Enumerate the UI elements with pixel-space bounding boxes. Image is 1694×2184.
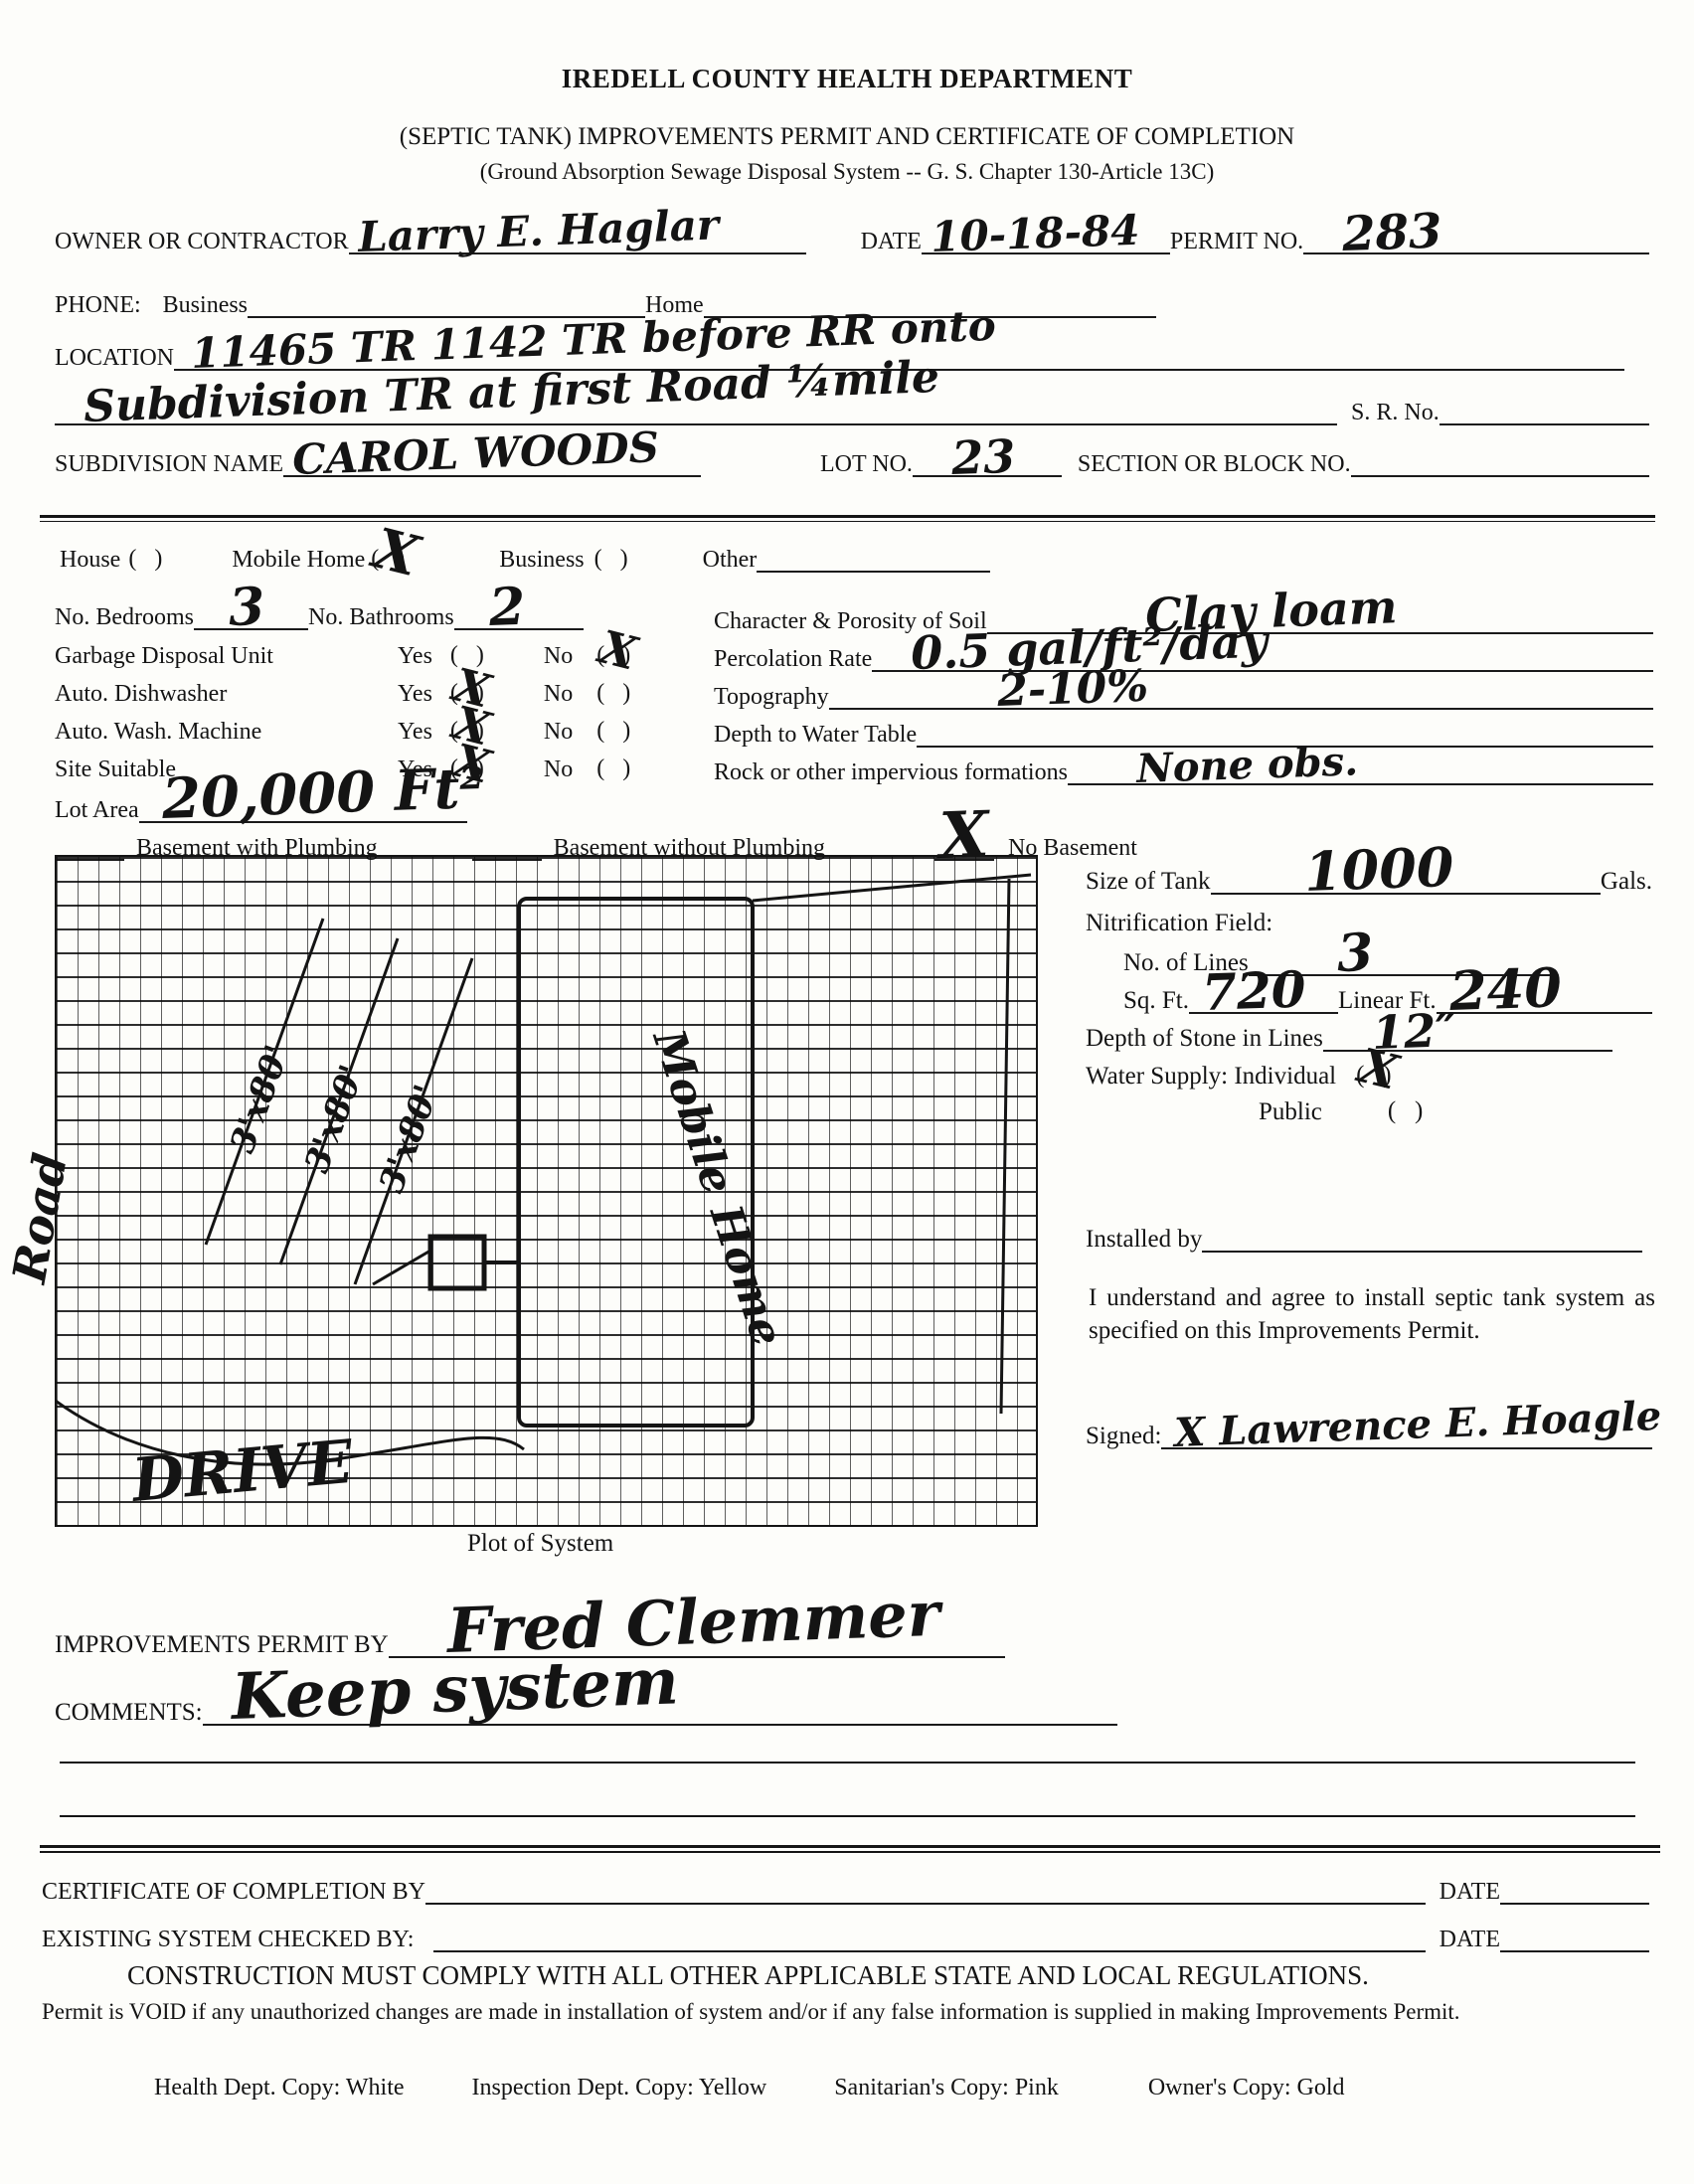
location-label: LOCATION xyxy=(55,346,174,371)
boundary-line-right xyxy=(1001,879,1009,1414)
plot-caption: Plot of System xyxy=(467,1531,613,1557)
comments-field: Keep system xyxy=(203,1698,1117,1726)
topography-row: Topography 2-10% xyxy=(714,682,1653,710)
water-supply-row: Water Supply: Individual ( ) X xyxy=(1086,1062,1392,1090)
garbage-no-checkmark: X xyxy=(595,623,641,676)
no-label: No xyxy=(544,682,573,707)
stone-depth-label: Depth of Stone in Lines xyxy=(1086,1026,1323,1052)
copies-row: Health Dept. Copy: White Inspection Dept… xyxy=(154,2076,1345,2100)
subdivision-field: CAROL WOODS xyxy=(283,449,701,477)
appliance-row: Auto. Dishwasher Yes ( )X No ( ) xyxy=(55,680,630,707)
permit-by-label: IMPROVEMENTS PERMIT BY xyxy=(55,1632,389,1658)
tank-size-label: Size of Tank xyxy=(1086,869,1211,895)
lot-no-field: 23 xyxy=(913,449,1062,477)
phone-business-field xyxy=(248,290,645,318)
tank-size-value: 1000 xyxy=(1303,840,1454,899)
bedrooms-value: 3 xyxy=(228,582,265,634)
copy-owner: Owner's Copy: Gold xyxy=(1148,2076,1345,2100)
existing-date-field xyxy=(1500,1925,1649,1952)
nitrification-row: Nitrification Field: xyxy=(1086,911,1272,936)
gals-label: Gals. xyxy=(1601,869,1652,895)
field-line-label: 3'x80' xyxy=(223,1040,298,1158)
sr-no-field xyxy=(1440,398,1649,425)
subdivision-row: SUBDIVISION NAME CAROL WOODS LOT NO. 23 … xyxy=(55,449,1649,477)
septic-tank-box xyxy=(430,1237,484,1288)
lot-no-label: LOT NO. xyxy=(820,452,913,477)
mobile-home-plot-label: Mobile Home xyxy=(642,1022,792,1352)
field-line-label: 3'x80' xyxy=(372,1080,447,1198)
existing-date-label: DATE xyxy=(1440,1928,1500,1952)
section-field xyxy=(1351,449,1649,477)
nitrification-label: Nitrification Field: xyxy=(1086,911,1272,936)
certificate-date-label: DATE xyxy=(1440,1880,1500,1905)
construction-note: CONSTRUCTION MUST COMPLY WITH ALL OTHER … xyxy=(127,1960,1369,1991)
existing-system-label: EXISTING SYSTEM CHECKED BY: xyxy=(42,1928,414,1952)
topography-field: 2-10% xyxy=(829,682,1653,710)
yes-label: Yes xyxy=(398,644,432,669)
public-checkbox: ( ) xyxy=(1388,1097,1423,1125)
certificate-label: CERTIFICATE OF COMPLETION BY xyxy=(42,1880,425,1905)
lot-area-row: Lot Area 20,000 Ft² xyxy=(55,795,467,823)
garbage-disposal-label: Garbage Disposal Unit xyxy=(55,644,398,669)
signed-value: X Lawrence E. Hoagle xyxy=(1174,1397,1662,1453)
date-value: 10-18-84 xyxy=(930,210,1140,258)
lot-area-value: 20,000 Ft² xyxy=(161,760,485,827)
yes-label: Yes xyxy=(398,720,432,745)
house-checkbox: ( ) xyxy=(128,546,162,573)
field-line-label: 3'x80' xyxy=(297,1060,373,1178)
lines-value: 3 xyxy=(1336,927,1374,980)
percolation-field: 0.5 gal/ft²/day xyxy=(872,644,1653,672)
owner-label: OWNER OR CONTRACTOR xyxy=(55,230,349,254)
date-label: DATE xyxy=(861,230,922,254)
phone-label: PHONE: xyxy=(55,293,141,318)
mobile-home-label: Mobile Home xyxy=(232,548,365,573)
page-subtitle: (SEPTIC TANK) IMPROVEMENTS PERMIT AND CE… xyxy=(0,123,1694,151)
page-title: IREDELL COUNTY HEALTH DEPARTMENT xyxy=(0,64,1694,94)
other-field xyxy=(757,545,990,573)
water-supply-label: Water Supply: Individual xyxy=(1086,1064,1336,1090)
location-field-2: Subdivision TR at first Road ¼mile xyxy=(55,398,1337,425)
certificate-date-field xyxy=(1500,1877,1649,1905)
rock-label: Rock or other impervious formations xyxy=(714,760,1068,785)
rock-value: None obs. xyxy=(1136,742,1359,789)
yes-label: Yes xyxy=(398,682,432,707)
garbage-no-checkbox: ( )X xyxy=(596,642,630,669)
bathrooms-label: No. Bathrooms xyxy=(308,605,454,630)
bedrooms-field: 3 xyxy=(194,602,308,630)
location-row-2: Subdivision TR at first Road ¼mile S. R.… xyxy=(55,398,1649,425)
sqft-field: 720 xyxy=(1189,986,1338,1014)
bedrooms-row: No. Bedrooms 3 No. Bathrooms 2 xyxy=(55,602,584,630)
lot-no-value: 23 xyxy=(950,433,1016,481)
subdivision-label: SUBDIVISION NAME xyxy=(55,452,283,477)
no-label: No xyxy=(544,720,573,745)
appliance-row: Auto. Wash. Machine Yes ( )X No ( ) xyxy=(55,718,630,745)
bottom-divider xyxy=(40,1845,1660,1848)
comments-value: Keep system xyxy=(230,1650,679,1730)
business-checkbox: ( ) xyxy=(594,546,628,573)
comments-row: COMMENTS: Keep system xyxy=(55,1698,1117,1726)
sqft-value: 720 xyxy=(1201,964,1306,1018)
other-label: Other xyxy=(703,548,758,573)
date-field: 10-18-84 xyxy=(922,227,1170,254)
mobile-home-checkbox: ( ) X xyxy=(371,546,405,573)
stone-depth-row: Depth of Stone in Lines 12″ xyxy=(1086,1024,1612,1052)
section-divider xyxy=(40,515,1655,518)
subdivision-value: CAROL WOODS xyxy=(292,426,660,481)
copy-health: Health Dept. Copy: White xyxy=(154,2076,405,2100)
topography-value: 2-10% xyxy=(996,665,1148,714)
section-label: SECTION OR BLOCK NO. xyxy=(1078,452,1351,477)
agreement-text: I understand and agree to install septic… xyxy=(1089,1282,1655,1347)
percolation-row: Percolation Rate 0.5 gal/ft²/day xyxy=(714,644,1653,672)
sqft-label: Sq. Ft. xyxy=(1123,988,1189,1014)
dishwasher-label: Auto. Dishwasher xyxy=(55,682,398,707)
no-label: No xyxy=(544,644,573,669)
owner-field: Larry E. Haglar xyxy=(349,227,806,254)
linear-ft-value: 240 xyxy=(1448,960,1563,1018)
scanned-permit-form: IREDELL COUNTY HEALTH DEPARTMENT (SEPTIC… xyxy=(0,0,1694,2184)
blank-line xyxy=(60,1762,1635,1764)
business-type-label: Business xyxy=(499,548,584,573)
copy-inspection: Inspection Dept. Copy: Yellow xyxy=(472,2076,767,2100)
blank-line xyxy=(60,1815,1635,1817)
permit-no-value: 283 xyxy=(1341,208,1442,258)
rock-field: None obs. xyxy=(1068,757,1653,785)
mobile-home-checkmark: X xyxy=(369,521,424,586)
lot-area-label: Lot Area xyxy=(55,798,139,823)
installed-by-field xyxy=(1202,1225,1642,1253)
owner-row: OWNER OR CONTRACTOR Larry E. Haglar DATE… xyxy=(55,227,1649,254)
tank-size-field: 1000 xyxy=(1211,867,1601,895)
dishwasher-no-checkbox: ( ) xyxy=(596,680,630,707)
bathrooms-field: 2 xyxy=(454,602,584,630)
lot-area-field: 20,000 Ft² xyxy=(139,795,467,823)
plot-caption-row: Plot of System xyxy=(467,1531,613,1557)
percolation-label: Percolation Rate xyxy=(714,647,872,672)
public-label: Public xyxy=(1259,1099,1322,1125)
bedrooms-label: No. Bedrooms xyxy=(55,605,194,630)
page-subtitle2: (Ground Absorption Sewage Disposal Syste… xyxy=(0,159,1694,185)
public-supply-row: Public ( ) xyxy=(1259,1097,1423,1125)
tank-connector xyxy=(373,1251,430,1284)
drive-label: DRIVE xyxy=(127,1428,357,1516)
certificate-row: CERTIFICATE OF COMPLETION BY DATE xyxy=(42,1877,1649,1905)
no-label: No xyxy=(544,757,573,782)
water-table-label: Depth to Water Table xyxy=(714,723,917,748)
topography-label: Topography xyxy=(714,685,829,710)
comments-label: COMMENTS: xyxy=(55,1700,203,1726)
signed-row: Signed: X Lawrence E. Hoagle xyxy=(1086,1422,1652,1449)
plot-grid: 3'x80' 3'x80' 3'x80' Mobile Home DRIVE xyxy=(55,855,1038,1527)
wash-no-checkbox: ( ) xyxy=(596,718,630,745)
installed-by-row: Installed by xyxy=(1086,1225,1642,1253)
installed-by-label: Installed by xyxy=(1086,1227,1202,1253)
individual-checkbox: ( ) X xyxy=(1356,1062,1391,1090)
existing-system-row: EXISTING SYSTEM CHECKED BY: DATE xyxy=(42,1925,1649,1952)
wash-machine-label: Auto. Wash. Machine xyxy=(55,720,398,745)
linear-ft-field: 240 xyxy=(1437,986,1652,1014)
permit-no-field: 283 xyxy=(1303,227,1649,254)
void-note: Permit is VOID if any unauthorized chang… xyxy=(42,1996,1553,2027)
permit-no-label: PERMIT NO. xyxy=(1170,230,1303,254)
section-divider-2 xyxy=(40,521,1655,522)
sr-no-label: S. R. No. xyxy=(1351,401,1440,425)
plot-drawing: 3'x80' 3'x80' 3'x80' Mobile Home DRIVE xyxy=(57,857,1036,1525)
phone-business-label: Business xyxy=(163,293,248,318)
house-label: House xyxy=(60,548,120,573)
owner-value: Larry E. Haglar xyxy=(357,204,719,258)
building-type-row: House ( ) Mobile Home ( ) X Business ( )… xyxy=(60,545,990,573)
appliance-row: Garbage Disposal Unit Yes ( ) No ( )X xyxy=(55,642,630,669)
certificate-field xyxy=(425,1877,1426,1905)
existing-system-field xyxy=(433,1925,1425,1952)
copy-sanitarian: Sanitarian's Copy: Pink xyxy=(834,2076,1059,2100)
signed-field: X Lawrence E. Hoagle xyxy=(1161,1422,1652,1449)
tank-size-row: Size of Tank 1000 Gals. xyxy=(1086,867,1652,895)
rock-row: Rock or other impervious formations None… xyxy=(714,757,1653,785)
bathrooms-value: 2 xyxy=(488,582,526,634)
site-no-checkbox: ( ) xyxy=(596,756,630,782)
boundary-line-top xyxy=(753,875,1031,901)
bottom-divider-2 xyxy=(40,1851,1660,1853)
signed-label: Signed: xyxy=(1086,1424,1161,1449)
